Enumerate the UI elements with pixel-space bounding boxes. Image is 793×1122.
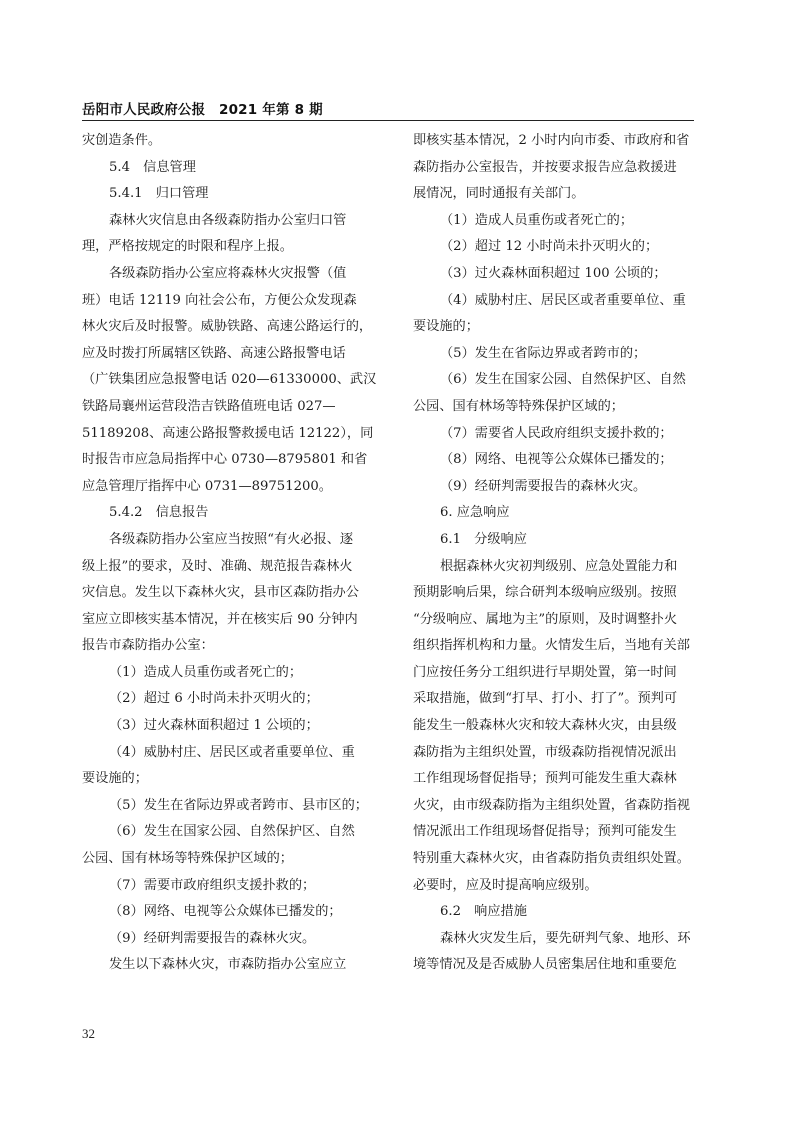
text-line: 6.2 响应措施 bbox=[413, 899, 703, 926]
text-line: （2）超过 6 小时尚未扑灭明火的； bbox=[82, 686, 390, 713]
text-line: 特别重大森林火灾，由省森防指负责组织处置。 bbox=[413, 846, 703, 873]
text-line: 级上报”的要求，及时、准确、规范报告森林火 bbox=[82, 554, 390, 581]
text-line: 灾创造条件。 bbox=[82, 128, 390, 155]
text-line: （8）网络、电视等公众媒体已播发的； bbox=[413, 447, 703, 474]
text-line: 理，严格按规定的时限和程序上报。 bbox=[82, 234, 390, 261]
text-line: （1）造成人员重伤或者死亡的； bbox=[82, 660, 390, 687]
text-line: （8）网络、电视等公众媒体已播发的； bbox=[82, 899, 390, 926]
text-line: 6.1 分级响应 bbox=[413, 527, 703, 554]
text-line: 各级森防指办公室应将森林火灾报警（值 bbox=[82, 261, 390, 288]
text-line: （3）过火森林面积超过 100 公顷的； bbox=[413, 261, 703, 288]
text-line: 境等情况及是否威胁人员密集居住地和重要危 bbox=[413, 952, 703, 979]
text-line: 要设施的； bbox=[413, 314, 703, 341]
text-line: （5）发生在省际边界或者跨市、县市区的； bbox=[82, 793, 390, 820]
text-line: 公园、国有林场等特殊保护区域的； bbox=[413, 394, 703, 421]
text-line: （4）威胁村庄、居民区或者重要单位、重 bbox=[413, 288, 703, 315]
text-line: （9）经研判需要报告的森林火灾。 bbox=[82, 926, 390, 953]
text-line: 预期影响后果，综合研判本级响应级别。按照 bbox=[413, 580, 703, 607]
text-line: 森防指办公室报告，并按要求报告应急救援进 bbox=[413, 155, 703, 182]
text-line: 组织指挥机构和力量。火情发生后，当地有关部 bbox=[413, 633, 703, 660]
text-line: （1）造成人员重伤或者死亡的； bbox=[413, 208, 703, 235]
right-column: 即核实基本情况，2 小时内向市委、市政府和省森防指办公室报告，并按要求报告应急救… bbox=[413, 128, 703, 979]
text-line: 森防指为主组织处置，市级森防指视情况派出 bbox=[413, 740, 703, 767]
text-line: 6. 应急响应 bbox=[413, 500, 703, 527]
text-line: （3）过火森林面积超过 1 公顷的； bbox=[82, 713, 390, 740]
text-line: （4）威胁村庄、居民区或者重要单位、重 bbox=[82, 740, 390, 767]
text-line: 即核实基本情况，2 小时内向市委、市政府和省 bbox=[413, 128, 703, 155]
text-line: （广铁集团应急报警电话 020—61330000、武汉 bbox=[82, 367, 390, 394]
text-line: 51189208、高速公路报警救援电话 12122），同 bbox=[82, 421, 390, 448]
text-line: 公园、国有林场等特殊保护区域的； bbox=[82, 846, 390, 873]
text-line: 应及时拨打所属辖区铁路、高速公路报警电话 bbox=[82, 341, 390, 368]
text-line: 各级森防指办公室应当按照“有火必报、逐 bbox=[82, 527, 390, 554]
text-line: 门应按任务分工组织进行早期处置，第一时间 bbox=[413, 660, 703, 687]
text-line: 工作组现场督促指导；预判可能发生重大森林 bbox=[413, 766, 703, 793]
text-line: 森林火灾发生后，要先研判气象、地形、环 bbox=[413, 926, 703, 953]
journal-title: 岳阳市人民政府公报 2021 年第 8 期 bbox=[82, 98, 323, 118]
text-line: （6）发生在国家公园、自然保护区、自然 bbox=[413, 367, 703, 394]
text-line: 情况派出工作组现场督促指导；预判可能发生 bbox=[413, 819, 703, 846]
text-line: 必要时，应及时提高响应级别。 bbox=[413, 873, 703, 900]
text-line: （9）经研判需要报告的森林火灾。 bbox=[413, 474, 703, 501]
page-number: 32 bbox=[82, 1026, 95, 1042]
text-line: 火灾，由市级森防指为主组织处置，省森防指视 bbox=[413, 793, 703, 820]
text-line: （2）超过 12 小时尚未扑灭明火的； bbox=[413, 234, 703, 261]
text-line: 要设施的； bbox=[82, 766, 390, 793]
text-line: 班）电话 12119 向社会公布，方便公众发现森 bbox=[82, 288, 390, 315]
text-line: “分级响应、属地为主”的原则，及时调整扑火 bbox=[413, 607, 703, 634]
text-line: 5.4.2 信息报告 bbox=[82, 500, 390, 527]
text-line: 能发生一般森林火灾和较大森林火灾，由县级 bbox=[413, 713, 703, 740]
text-line: 林火灾后及时报警。威胁铁路、高速公路运行的， bbox=[82, 314, 390, 341]
text-line: 5.4 信息管理 bbox=[82, 155, 390, 182]
text-line: （7）需要省人民政府组织支援扑救的； bbox=[413, 421, 703, 448]
text-line: 展情况，同时通报有关部门。 bbox=[413, 181, 703, 208]
text-line: 5.4.1 归口管理 bbox=[82, 181, 390, 208]
text-line: （7）需要市政府组织支援扑救的； bbox=[82, 873, 390, 900]
page-header: 岳阳市人民政府公报 2021 年第 8 期 bbox=[82, 96, 694, 121]
text-line: （5）发生在省际边界或者跨市的； bbox=[413, 341, 703, 368]
text-line: 灾信息。发生以下森林火灾，县市区森防指办公 bbox=[82, 580, 390, 607]
text-line: 铁路局襄州运营段浩吉铁路值班电话 027— bbox=[82, 394, 390, 421]
text-line: 森林火灾信息由各级森防指办公室归口管 bbox=[82, 208, 390, 235]
text-line: 室应立即核实基本情况，并在核实后 90 分钟内 bbox=[82, 607, 390, 634]
text-line: 时报告市应急局指挥中心 0730—8795801 和省 bbox=[82, 447, 390, 474]
text-line: （6）发生在国家公园、自然保护区、自然 bbox=[82, 819, 390, 846]
text-line: 应急管理厅指挥中心 0731—89751200。 bbox=[82, 474, 390, 501]
text-line: 报告市森防指办公室： bbox=[82, 633, 390, 660]
left-column: 灾创造条件。5.4 信息管理5.4.1 归口管理森林火灾信息由各级森防指办公室归… bbox=[82, 128, 390, 979]
text-line: 发生以下森林火灾，市森防指办公室应立 bbox=[82, 952, 390, 979]
text-line: 采取措施，做到“打早、打小、打了”。预判可 bbox=[413, 686, 703, 713]
text-line: 根据森林火灾初判级别、应急处置能力和 bbox=[413, 554, 703, 581]
